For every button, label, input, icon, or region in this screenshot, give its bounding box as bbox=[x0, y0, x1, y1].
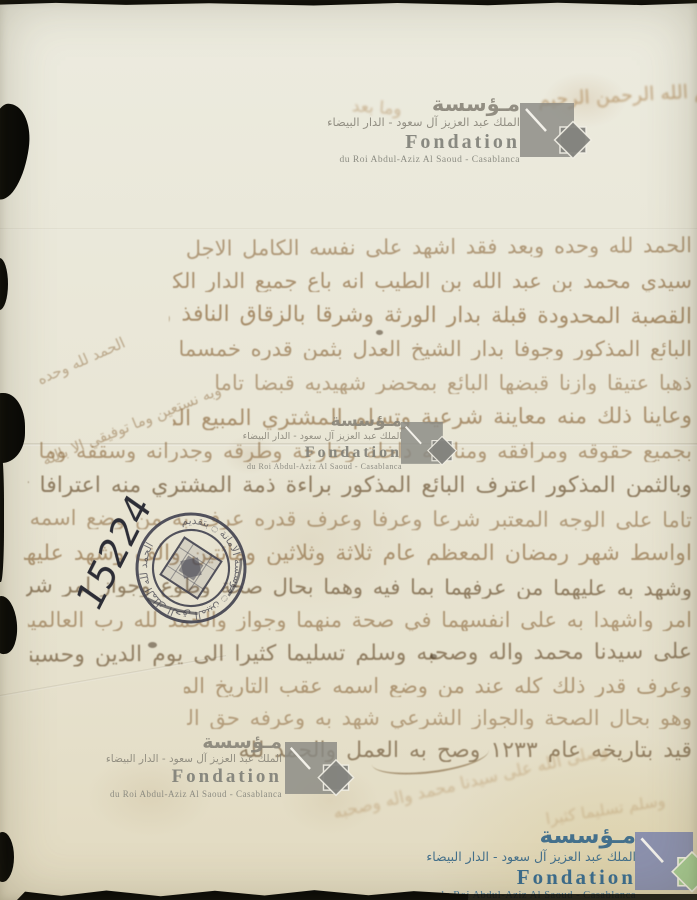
manuscript-line: القصبة المحدودة قبلة بدار الورثة وشرقا ب… bbox=[169, 303, 692, 329]
fondation-arabic-subtitle: الملك عبد العزيز آل سعود - الدار البيضاء bbox=[0, 752, 282, 766]
fondation-arabic-title: مـؤسسة bbox=[102, 412, 402, 430]
manuscript-line: سيدي محمد بن عبد الله بن الطيب انه باع ج… bbox=[173, 270, 692, 292]
fondation-french-title: Fondation bbox=[180, 131, 520, 154]
fondation-french-title: Fondation bbox=[102, 443, 402, 462]
manuscript-line: وعرف قدر ذلك كله عند من وضع اسمه عقب الت… bbox=[184, 675, 692, 697]
manuscript-line: البائع المذكور وجوفا بدار الشيخ العدل بث… bbox=[180, 338, 692, 360]
eight-point-star-icon bbox=[555, 122, 592, 159]
eight-point-star-icon bbox=[428, 436, 456, 464]
fondation-arabic-title: مـؤسسة bbox=[286, 824, 636, 848]
manuscript-line: الحمد لله وحده وبعد فقد اشهد على نفسه ال… bbox=[178, 234, 692, 260]
fondation-french-title: Fondation bbox=[0, 766, 282, 788]
fondation-arabic-subtitle: الملك عبد العزيز آل سعود - الدار البيضاء bbox=[102, 430, 402, 443]
fondation-french-subtitle: du Roi Abdul-Aziz Al Saoud - Casablanca bbox=[102, 462, 402, 472]
fondation-logo bbox=[401, 422, 463, 470]
fondation-logo bbox=[520, 103, 600, 165]
watermark-text: مـؤسسة الملك عبد العزيز آل سعود - الدار … bbox=[102, 412, 402, 472]
watermark-fondation-middle: مـؤسسة الملك عبد العزيز آل سعود - الدار … bbox=[100, 412, 465, 492]
fondation-logo bbox=[635, 832, 697, 899]
ink-blot bbox=[430, 654, 437, 659]
watermark-fondation-bottom-left: مـؤسسة الملك عبد العزيز آل سعود - الدار … bbox=[0, 732, 360, 822]
fondation-arabic-subtitle: الملك عبد العزيز آل سعود - الدار البيضاء bbox=[286, 848, 636, 865]
fondation-arabic-subtitle: الملك عبد العزيز آل سعود - الدار البيضاء bbox=[180, 115, 520, 130]
watermark-text: مـؤسسة الملك عبد العزيز آل سعود - الدار … bbox=[180, 93, 520, 166]
watermark-fondation-bottom-right: مـؤسسة الملك عبد العزيز آل سعود - الدار … bbox=[280, 824, 697, 900]
manuscript-line: ذهبا عتيقا وازنا قبضها البائع بمحضر شهيد… bbox=[208, 372, 692, 394]
fondation-french-subtitle: du Roi Abdul-Aziz Al Saoud - Casablanca bbox=[180, 154, 520, 166]
ink-blot bbox=[376, 330, 383, 335]
scanned-document-page: الحمد لله وحده وبعد فقد اشهد على نفسه ال… bbox=[0, 0, 697, 900]
manuscript-line: على سيدنا محمد وآله وصحبه وسلم تسليما كث… bbox=[30, 640, 692, 667]
fondation-french-title: Fondation bbox=[286, 865, 636, 889]
ink-blot bbox=[148, 642, 157, 648]
fondation-french-subtitle: du Roi Abdul-Aziz Al Saoud - Casablanca bbox=[0, 788, 282, 800]
watermark-fondation-top: مـؤسسة الملك عبد العزيز آل سعود - الدار … bbox=[170, 93, 590, 193]
torn-edge-bottom bbox=[430, 894, 697, 900]
fondation-arabic-title: مـؤسسة bbox=[0, 732, 282, 752]
fondation-arabic-title: مـؤسسة bbox=[180, 93, 520, 115]
watermark-text: مـؤسسة الملك عبد العزيز آل سعود - الدار … bbox=[0, 732, 282, 800]
manuscript-line: امر واشهدا به على انفسهما في صحة منهما و… bbox=[28, 609, 692, 631]
eight-point-star-icon bbox=[318, 760, 353, 795]
manuscript-line: وشهد به عليهما من عرفهما بما فيه وهما بح… bbox=[26, 574, 692, 600]
fondation-logo bbox=[285, 742, 362, 802]
watermark-text: مـؤسسة الملك عبد العزيز آل سعود - الدار … bbox=[286, 824, 636, 900]
manuscript-line: وهو بحال الصحة والجواز الشرعي شهد به وعر… bbox=[187, 707, 692, 729]
